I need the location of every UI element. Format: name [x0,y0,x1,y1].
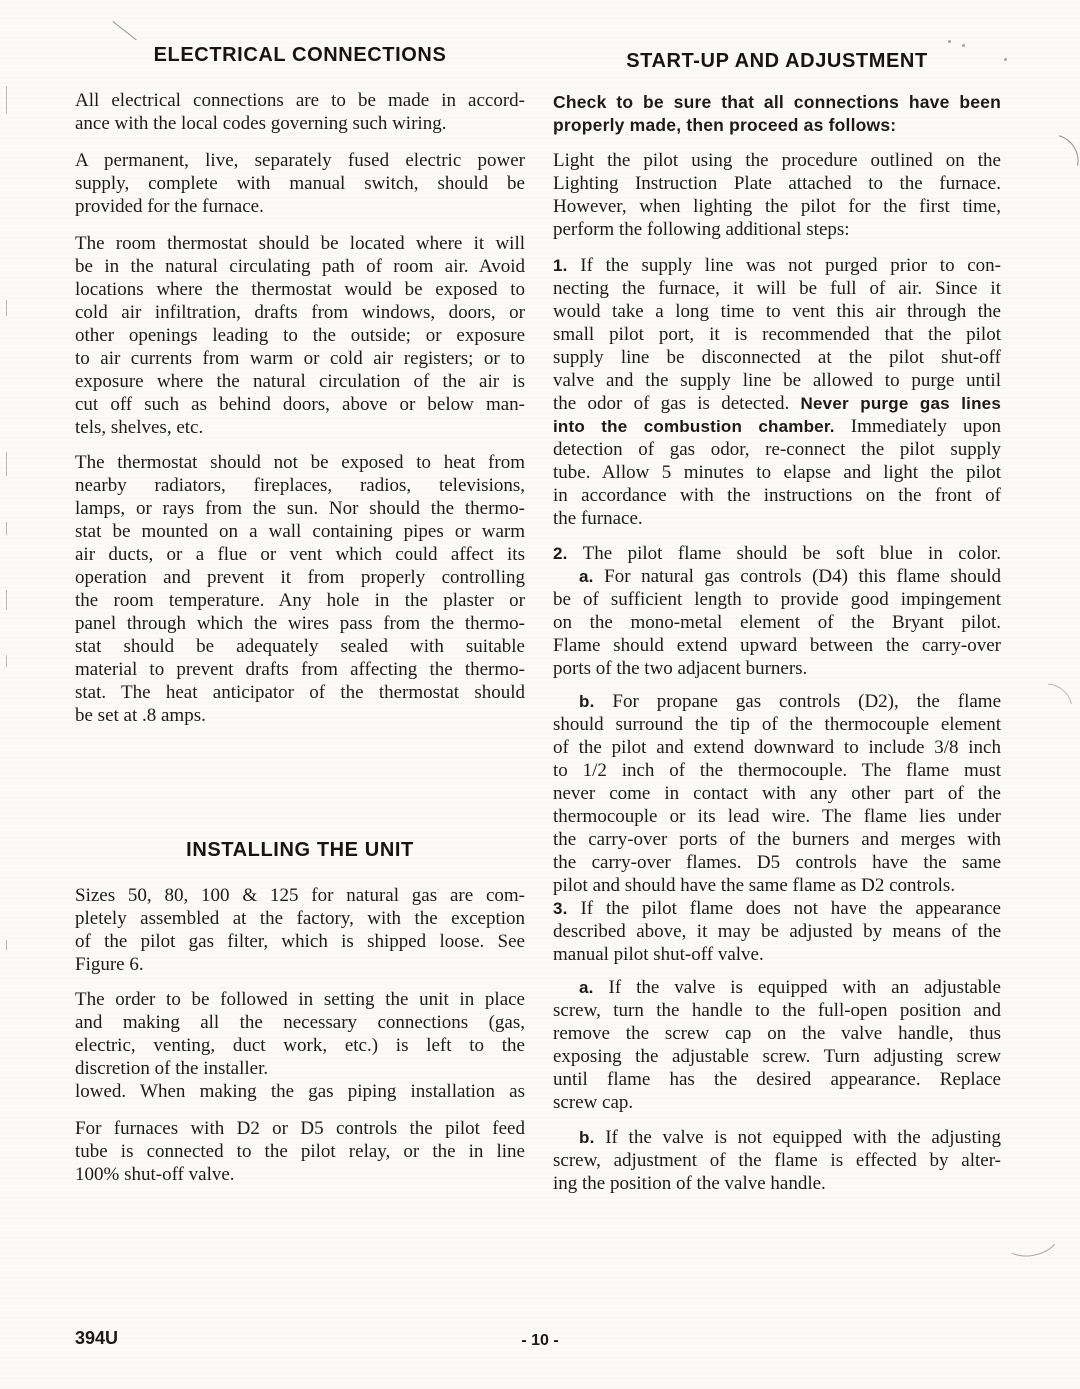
text-line: Lighting Instruction Plate attached to t… [553,172,1001,195]
text-line: exposure where the natural circulation o… [75,370,525,393]
text-line: material to prevent drafts from affectin… [75,658,525,681]
bold-text-segment: into the combustion chamber. [553,417,835,436]
text-line: lowed. When making the gas piping instal… [75,1080,525,1103]
scan-artifact [1027,676,1080,728]
text-line: manual pilot shut-off valve. [553,943,1001,966]
text-line: 1. If the supply line was not purged pri… [553,254,1001,277]
scan-artifact [999,1212,1064,1261]
text-line: be of sufficient length to provide good … [553,588,1001,611]
text-line: properly made, then proceed as follows: [553,114,1001,137]
footer-page-number: - 10 - [0,1332,1080,1350]
text-line: in accordance with the instructions on t… [553,484,1001,507]
text-line: remove the screw cap on the valve handle… [553,1022,1001,1045]
text-segment: If the valve is equipped with an adjusta… [594,977,1001,998]
text-line: Flame should extend upward between the c… [553,634,1001,657]
text-line: nearby radiators, fireplaces, radios, te… [75,474,525,497]
text-line: necting the furnace, it will be full of … [553,277,1001,300]
text-line: operation and prevent it from properly c… [75,566,525,589]
text-line: the furnace. [553,507,1001,530]
text-line: the odor of gas is detected. Never purge… [553,392,1001,415]
step-2-pilot-flame-color: 2. The pilot flame should be soft blue i… [553,542,1001,680]
paragraph-thermostat-heat: The thermostat should not be exposed to … [75,451,525,727]
text-line: screw, turn the handle to the full-open … [553,999,1001,1022]
paragraph-misprint-line: lowed. When making the gas piping instal… [75,1080,525,1103]
step-3a-adjustable-screw: a. If the valve is equipped with an adju… [553,976,1001,1114]
text-line: b. If the valve is not equipped with the… [553,1126,1001,1149]
paragraph-electrical-codes: All electrical connections are to be mad… [75,89,525,135]
text-line: However, when lighting the pilot for the… [553,195,1001,218]
text-line: supply, complete with manual switch, sho… [75,172,525,195]
text-segment: For natural gas controls (D4) this flame… [594,566,1001,587]
text-line: described above, it may be adjusted by m… [553,920,1001,943]
text-line: to 1/2 inch of the thermocouple. The fla… [553,759,1001,782]
text-segment: If the pilot flame does not have the app… [568,898,1001,919]
paragraph-check-connections: Check to be sure that all connections ha… [553,91,1001,137]
left-column: ELECTRICAL CONNECTIONS All electrical co… [75,44,525,1186]
step-3-adjust-flame: 3. If the pilot flame does not have the … [553,897,1001,966]
paragraph-light-pilot: Light the pilot using the procedure outl… [553,149,1001,241]
text-line: small pilot port, it is recommended that… [553,323,1001,346]
scan-artifact [1022,126,1080,193]
text-line: the room temperature. Any hole in the pl… [75,589,525,612]
text-line: The order to be followed in setting the … [75,988,525,1011]
text-line: Check to be sure that all connections ha… [553,91,1001,114]
step-1-purge-supply-line: 1. If the supply line was not purged pri… [553,254,1001,530]
paragraph-power-supply: A permanent, live, separately fused elec… [75,149,525,218]
text-segment: If the valve is not equipped with the ad… [595,1127,1001,1148]
paragraph-sizes-assembled: Sizes 50, 80, 100 & 125 for natural gas … [75,884,525,976]
text-line: electric, venting, duct work, etc.) is l… [75,1034,525,1057]
text-line: 2. The pilot flame should be soft blue i… [553,542,1001,565]
text-line: screw cap. [553,1091,1001,1114]
text-line: 3. If the pilot flame does not have the … [553,897,1001,920]
scan-artifact [6,655,7,667]
text-line: perform the following additional steps: [553,218,1001,241]
text-line: Light the pilot using the procedure outl… [553,149,1001,172]
text-line: to air currents from warm or cold air re… [75,347,525,370]
text-line: stat. The heat anticipator of the thermo… [75,681,525,704]
text-line: and making all the necessary connections… [75,1011,525,1034]
text-line: would take a long time to vent this air … [553,300,1001,323]
scan-artifact [6,522,7,535]
text-line: other openings leading to the outside; o… [75,324,525,347]
text-segment: the odor of gas is detected. [553,393,801,414]
scan-artifact [1004,58,1007,61]
text-line: a. If the valve is equipped with an adju… [553,976,1001,999]
text-line: should surround the tip of the thermocou… [553,713,1001,736]
scan-artifact [6,300,7,316]
section-heading-electrical-connections: ELECTRICAL CONNECTIONS [75,44,525,67]
text-line: a. For natural gas controls (D4) this fl… [553,565,1001,588]
text-line: be in the natural circulating path of ro… [75,255,525,278]
text-line: tube is connected to the pilot relay, or… [75,1140,525,1163]
text-line: provided for the furnace. [75,195,525,218]
text-line: ports of the two adjacent burners. [553,657,1001,680]
text-line: detection of gas odor, re-connect the pi… [553,438,1001,461]
text-segment: For propane gas controls (D2), the flame [595,691,1001,712]
text-line: thermocouple or its lead wire. The flame… [553,805,1001,828]
text-line: air ducts, or a flue or vent which could… [75,543,525,566]
text-line: tube. Allow 5 minutes to elapse and ligh… [553,461,1001,484]
text-line: 100% shut-off valve. [75,1163,525,1186]
scan-artifact [6,940,7,950]
text-line: of the pilot and extend downward to incl… [553,736,1001,759]
text-line: For furnaces with D2 or D5 controls the … [75,1117,525,1140]
scanned-manual-page: ELECTRICAL CONNECTIONS All electrical co… [0,0,1080,1389]
text-line: of the pilot gas filter, which is shippe… [75,930,525,953]
text-segment: If the supply line was not purged prior … [568,255,1001,276]
text-line: A permanent, live, separately fused elec… [75,149,525,172]
step-2b-propane-controls: b. For propane gas controls (D2), the fl… [553,690,1001,897]
text-line: The thermostat should not be exposed to … [75,451,525,474]
text-line: b. For propane gas controls (D2), the fl… [553,690,1001,713]
text-line: tels, shelves, etc. [75,416,525,439]
text-line: exposing the adjustable screw. Turn adju… [553,1045,1001,1068]
text-line: on the mono-metal element of the Bryant … [553,611,1001,634]
text-line: supply line be disconnected at the pilot… [553,346,1001,369]
right-column: START-UP AND ADJUSTMENT Check to be sure… [553,50,1001,1195]
paragraph-pilot-feed: For furnaces with D2 or D5 controls the … [75,1117,525,1186]
text-segment: Immediately upon [835,416,1001,437]
step-3b-valve-handle: b. If the valve is not equipped with the… [553,1126,1001,1195]
scan-artifact [962,44,965,47]
bold-text-segment: a. [579,567,594,586]
text-segment: The pilot flame should be soft blue in c… [568,543,1001,564]
paragraph-thermostat-location: The room thermostat should be located wh… [75,232,525,439]
bold-text-segment: Never purge gas lines [801,394,1001,413]
scan-artifact [948,40,951,43]
scan-artifact [6,86,7,114]
text-line: Sizes 50, 80, 100 & 125 for natural gas … [75,884,525,907]
text-line: panel through which the wires pass from … [75,612,525,635]
section-heading-installing-the-unit: INSTALLING THE UNIT [75,839,525,862]
scan-artifact [6,452,7,476]
text-line: into the combustion chamber. Immediately… [553,415,1001,438]
text-line: ance with the local codes governing such… [75,112,525,135]
bold-text-segment: 2. [553,544,568,563]
text-line: cut off such as behind doors, above or b… [75,393,525,416]
bold-text-segment: a. [579,978,594,997]
bold-text-segment: 1. [553,256,568,275]
text-line: pletely assembled at the factory, with t… [75,907,525,930]
text-line: the carry-over ports of the burners and … [553,828,1001,851]
bold-text-segment: b. [579,692,595,711]
text-line: ing the position of the valve handle. [553,1172,1001,1195]
text-line: Figure 6. [75,953,525,976]
paragraph-install-order: The order to be followed in setting the … [75,988,525,1080]
text-line: discretion of the installer. [75,1057,525,1080]
text-line: never come in contact with any other par… [553,782,1001,805]
text-line: the carry-over flames. D5 controls have … [553,851,1001,874]
bold-text-segment: 3. [553,899,568,918]
text-line: All electrical connections are to be mad… [75,89,525,112]
text-line: stat be mounted on a wall containing pip… [75,520,525,543]
scan-artifact [112,21,136,40]
text-line: be set at .8 amps. [75,704,525,727]
text-line: The room thermostat should be located wh… [75,232,525,255]
text-line: valve and the supply line be allowed to … [553,369,1001,392]
text-line: locations where the thermostat would be … [75,278,525,301]
text-line: pilot and should have the same flame as … [553,874,1001,897]
scan-artifact [6,590,7,610]
bold-text-segment: b. [579,1128,595,1147]
text-line: until flame has the desired appearance. … [553,1068,1001,1091]
text-line: stat should be adequately sealed with su… [75,635,525,658]
text-line: lamps, or rays from the sun. Nor should … [75,497,525,520]
section-heading-startup-adjustment: START-UP AND ADJUSTMENT [553,50,1001,73]
text-line: screw, adjustment of the flame is effect… [553,1149,1001,1172]
text-line: cold air infiltration, drafts from windo… [75,301,525,324]
